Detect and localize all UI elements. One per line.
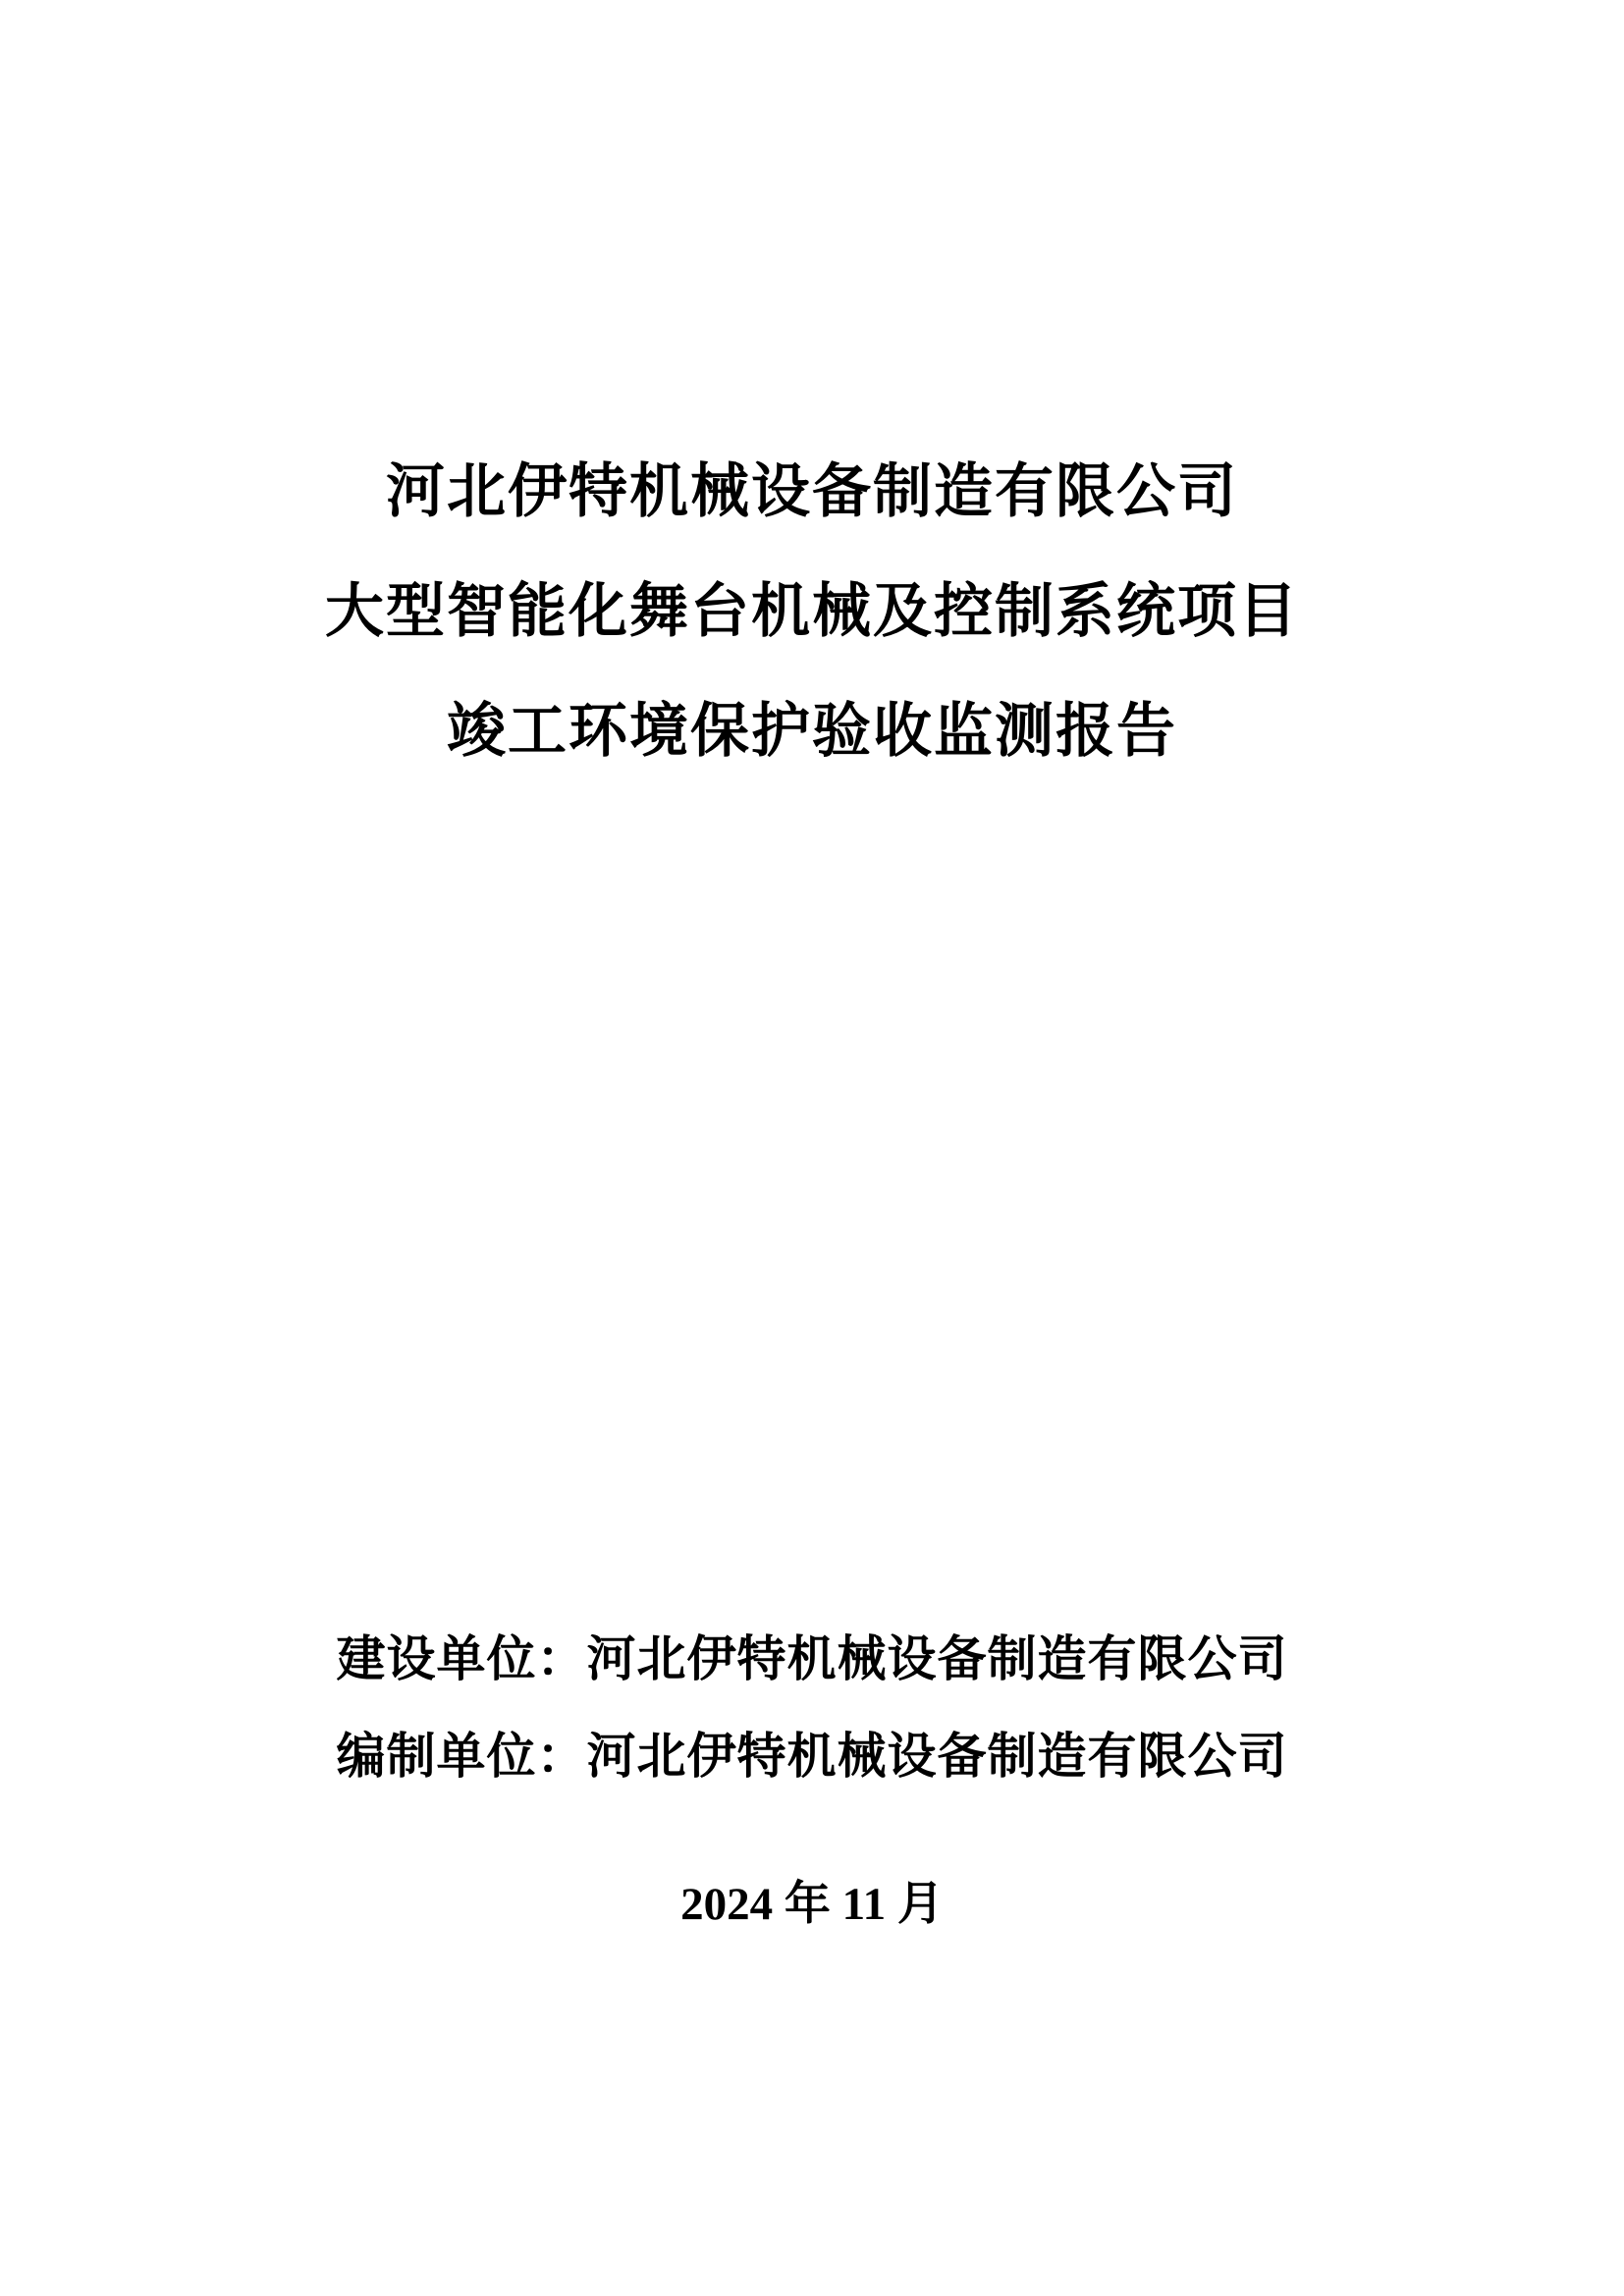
report-date-line: 2024 年 11 月 <box>0 1856 1624 1953</box>
unit-attribution-block: 建设单位：河北伊特机械设备制造有限公司 编制单位：河北伊特机械设备制造有限公司 <box>0 1611 1624 1805</box>
compilation-unit-line: 编制单位：河北伊特机械设备制造有限公司 <box>0 1708 1624 1805</box>
report-title-line-2: 大型智能化舞台机械及控制系统项目 <box>0 552 1624 671</box>
construction-unit-line: 建设单位：河北伊特机械设备制造有限公司 <box>0 1611 1624 1708</box>
report-title-line-3: 竣工环境保护验收监测报告 <box>0 671 1624 791</box>
report-title-block: 河北伊特机械设备制造有限公司 大型智能化舞台机械及控制系统项目 竣工环境保护验收… <box>0 432 1624 791</box>
document-page: 河北伊特机械设备制造有限公司 大型智能化舞台机械及控制系统项目 竣工环境保护验收… <box>0 0 1624 2296</box>
date-block: 2024 年 11 月 <box>0 1856 1624 1953</box>
report-title-line-1: 河北伊特机械设备制造有限公司 <box>0 432 1624 552</box>
